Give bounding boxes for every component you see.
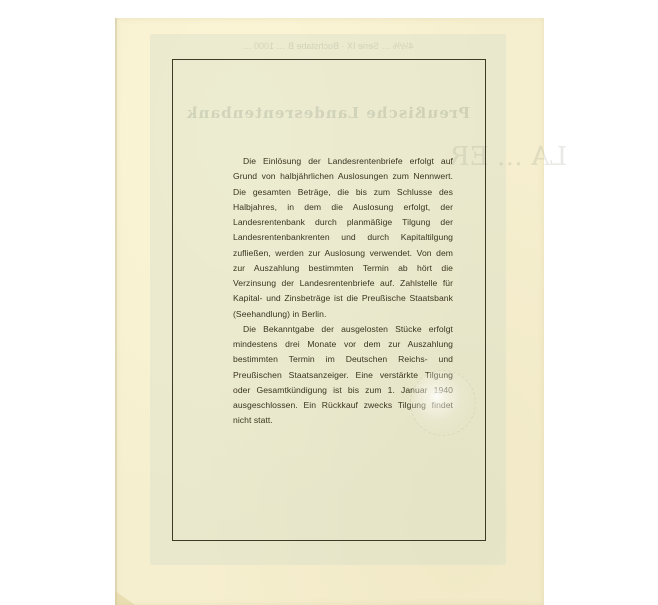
paper-edge xyxy=(115,18,117,605)
bleed-through-top-line: 4½% … Serie IX · Buchstabe B … 1000 … xyxy=(150,41,506,51)
corner-fold xyxy=(115,591,135,605)
embossed-seal-icon xyxy=(410,370,476,436)
certificate-paper: 4½% … Serie IX · Buchstabe B … 1000 … Pr… xyxy=(115,18,544,605)
redemption-paragraph: Die Einlösung der Landesrentenbriefe erf… xyxy=(233,154,453,322)
